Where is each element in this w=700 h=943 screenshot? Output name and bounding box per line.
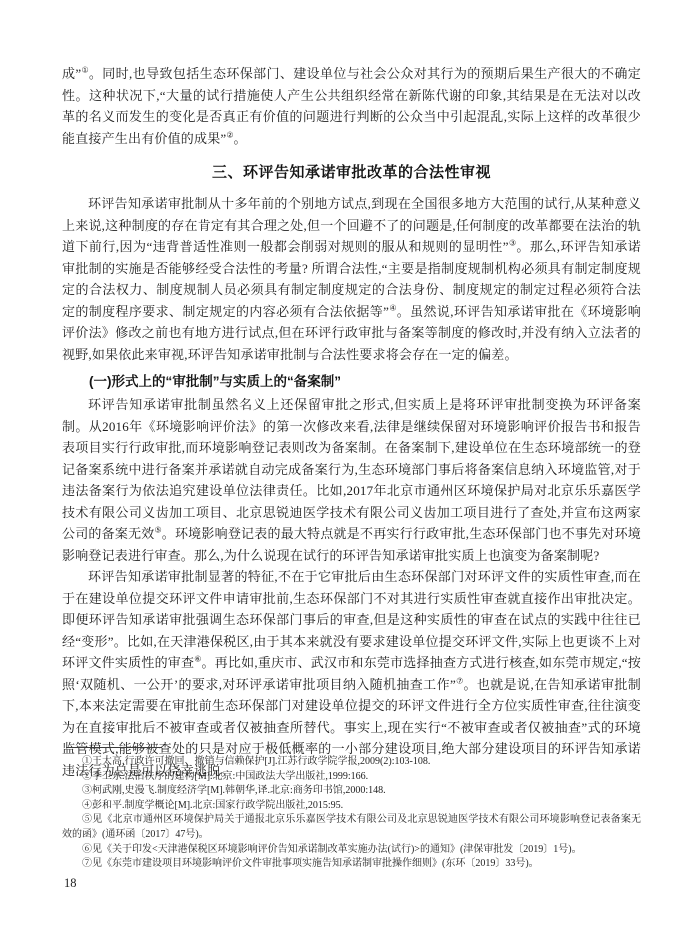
article-body: 成”①。同时,也导致包括生态环保部门、建设单位与社会公众对其行为的预期后果生产很… [62, 63, 641, 781]
lead-paragraph: 成”①。同时,也导致包括生态环保部门、建设单位与社会公众对其行为的预期后果生产很… [62, 63, 641, 149]
document-page: 成”①。同时,也导致包括生态环保部门、建设单位与社会公众对其行为的预期后果生产很… [0, 0, 700, 943]
footnote-ref: ③ [509, 239, 517, 248]
footnote-7: ⑦见《东莞市建设项目环境影响评价文件审批事项实施告知承诺制审批操作细则》(东环〔… [62, 857, 641, 872]
footnote-separator [66, 747, 162, 748]
footnote-ref: ⑦ [456, 676, 464, 685]
footnotes-block: ①王太高.行政许可撤回、撤销与信赖保护[J].江苏行政学院学报,2009(2):… [62, 747, 641, 872]
section-intro-paragraph: 环评告知承诺审批制从十多年前的个别地方试点,到现在全国很多地方大范围的试行,从某… [62, 193, 641, 365]
subsection-heading: (一)形式上的“审批制”与实质上的“备案制” [62, 370, 641, 390]
footnote-3: ③柯武刚,史漫飞.制度经济学[M].韩朝华,译.北京:商务印书馆,2000:14… [62, 784, 641, 799]
subsection-paragraph-1: 环评告知承诺审批制虽然名义上还保留审批之形式,但实质上是将环评审批制变换为环评备… [62, 394, 641, 566]
page-number: 18 [64, 876, 77, 891]
footnote-ref: ④ [389, 303, 397, 312]
footnote-ref: ⑤ [155, 526, 162, 535]
footnote-2: ②季卫东.法治秩序的建构[M].北京:中国政法大学出版社,1999:166. [62, 770, 641, 785]
footnote-ref: ① [81, 66, 89, 75]
section-heading: 三、环评告知承诺审批改革的合法性审视 [62, 161, 641, 182]
footnote-1: ①王太高.行政许可撤回、撤销与信赖保护[J].江苏行政学院学报,2009(2):… [62, 755, 641, 770]
footnote-ref: ② [226, 130, 233, 139]
footnote-6: ⑥见《关于印发<天津港保税区环境影响评价告知承诺制改革实施办法(试行)>的通知》… [62, 843, 641, 858]
footnote-5: ⑤见《北京市通州区环境保护局关于通报北京乐乐嘉医学技术有限公司及北京思锐迪医学技… [62, 813, 641, 842]
footnote-ref: ⑥ [194, 655, 201, 664]
footnote-4: ④彭和平.制度学概论[M].北京:国家行政学院出版社,2015:95. [62, 799, 641, 814]
